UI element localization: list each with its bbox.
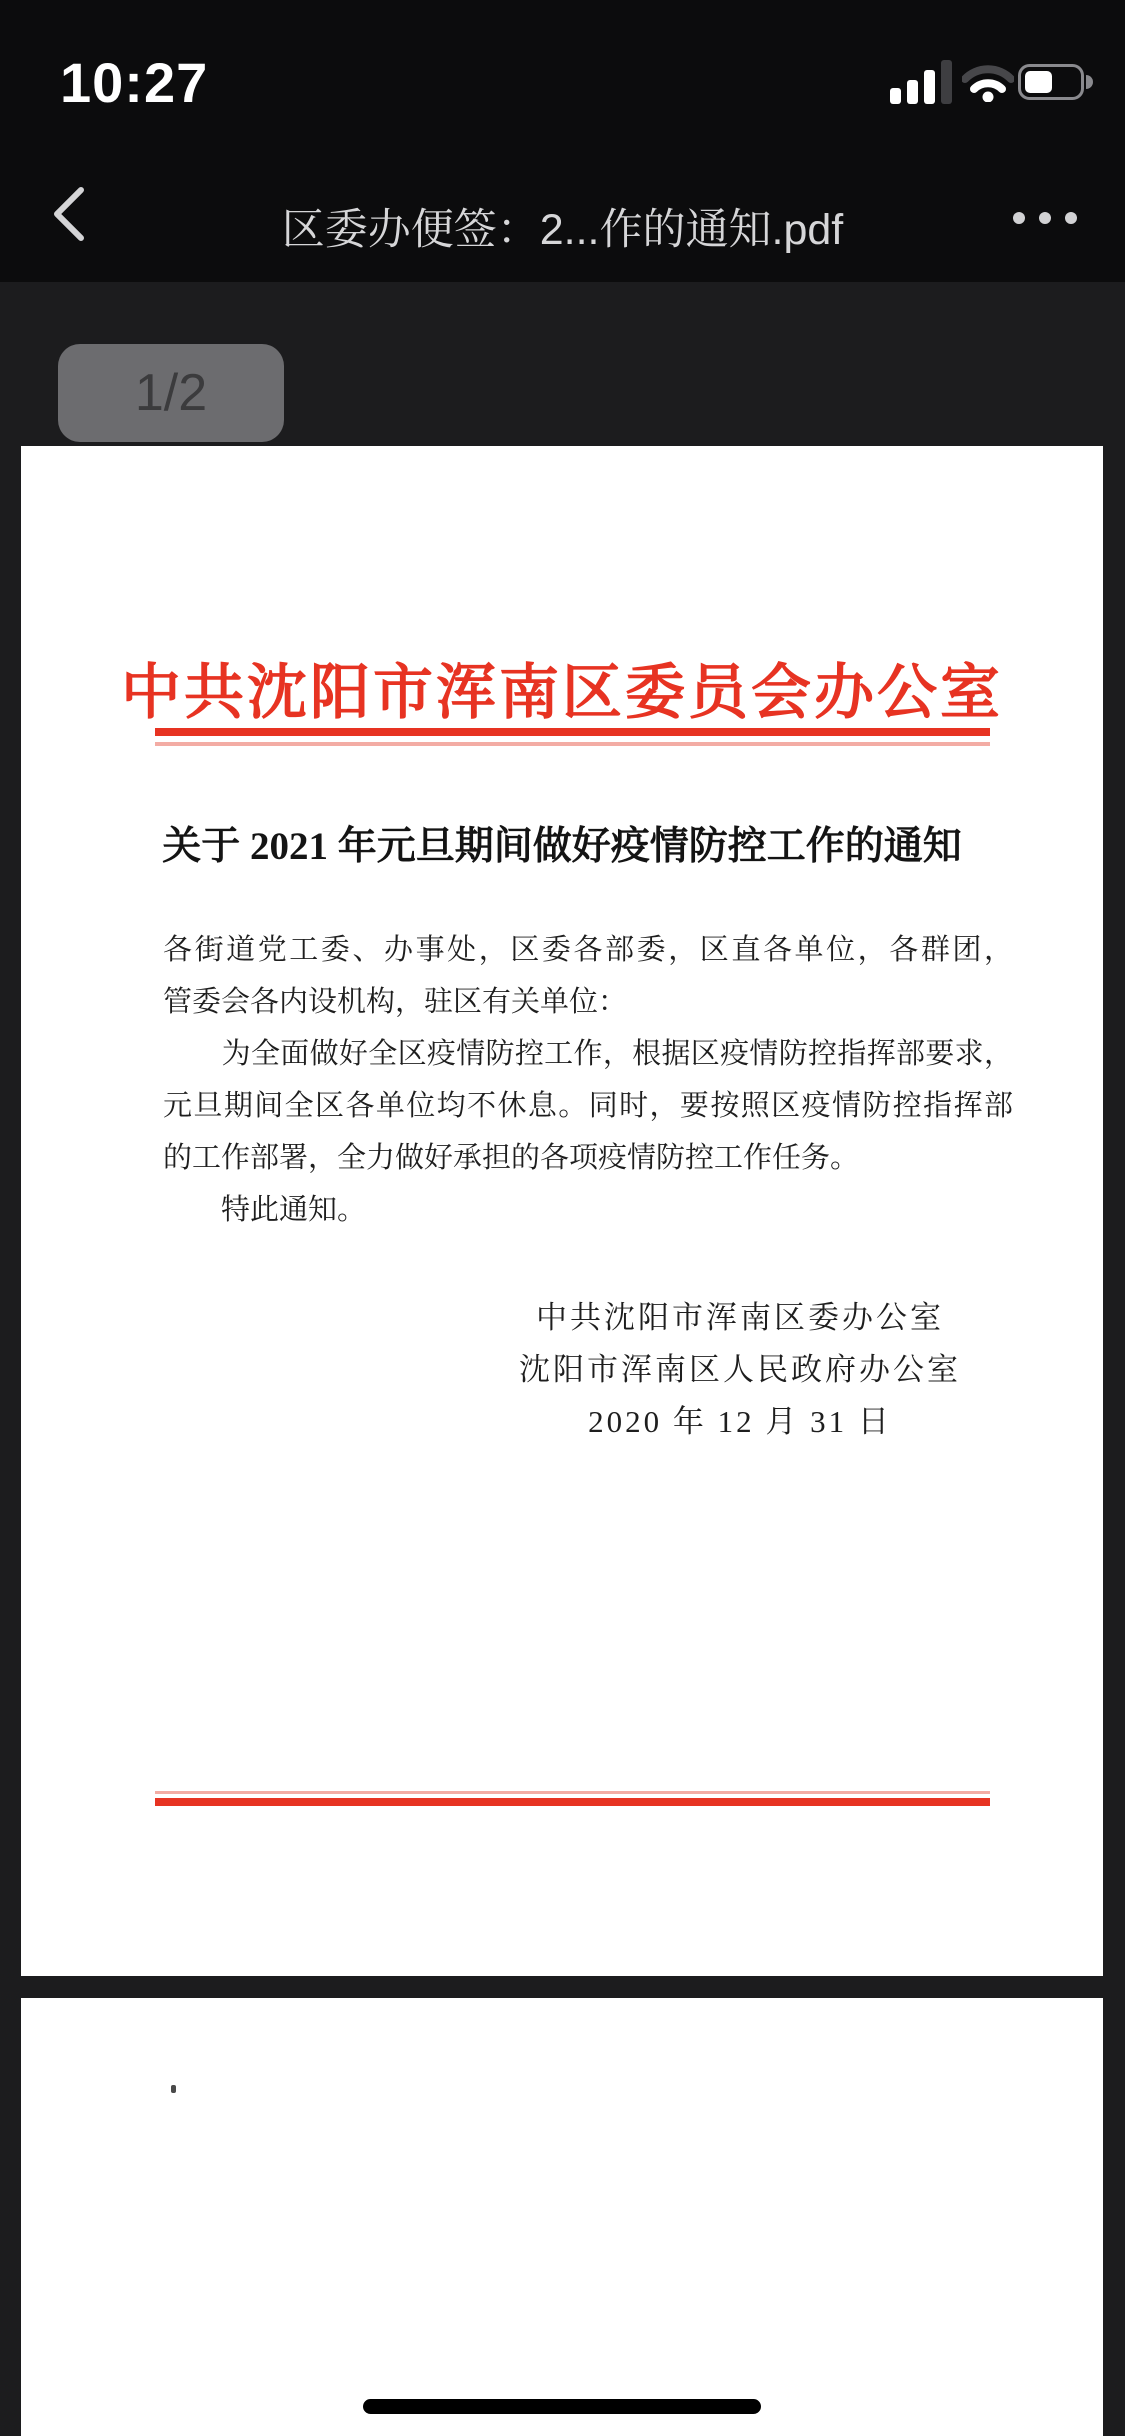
pdf-page-1[interactable]: 中共沈阳市浑南区委员会办公室 关于 2021 年元旦期间做好疫情防控工作的通知 … (21, 446, 1103, 1976)
ellipsis-icon (1007, 205, 1083, 231)
status-time: 10:27 (60, 50, 208, 115)
more-options-button[interactable] (990, 186, 1100, 250)
document-letterhead: 中共沈阳市浑南区委员会办公室 (21, 645, 1103, 731)
page-indicator-badge: 1/2 (58, 344, 284, 442)
footer-rule-thin (155, 1791, 990, 1794)
chevron-left-icon (49, 186, 89, 242)
letterhead-rule-thick (155, 728, 990, 736)
notice-title: 关于 2021 年元旦期间做好疫情防控工作的通知 (21, 815, 1103, 871)
pdf-page-2[interactable] (21, 1998, 1103, 2436)
body-line: 特此通知。 (163, 1184, 1013, 1236)
signature-org-2: 沈阳市浑南区人民政府办公室 (505, 1344, 975, 1396)
wifi-icon (962, 62, 1014, 102)
battery-icon (1018, 62, 1094, 102)
phone-screen: 10:27 区委办便签：2...作的通知.pdf (0, 0, 1125, 2436)
top-bars: 10:27 区委办便签：2...作的通知.pdf (0, 0, 1125, 282)
back-button[interactable] (34, 176, 104, 252)
body-line: 管委会各内设机构，驻区有关单位： (163, 976, 1013, 1028)
body-line: 为全面做好全区疫情防控工作，根据区疫情防控指挥部要求， (163, 1028, 1013, 1080)
signature-date: 2020 年 12 月 31 日 (505, 1396, 975, 1448)
body-line: 各街道党工委、办事处，区委各部委，区直各单位，各群团， (163, 924, 1013, 976)
document-title-bar: 区委办便签：2...作的通知.pdf (130, 196, 995, 256)
body-line: 元旦期间全区各单位均不休息。同时，要按照区疫情防控指挥部 (163, 1080, 1013, 1132)
cellular-signal-icon (890, 58, 960, 104)
signature-org-1: 中共沈阳市浑南区委办公室 (505, 1292, 975, 1344)
page2-stray-mark (171, 2085, 176, 2093)
body-line: 的工作部署，全力做好承担的各项疫情防控工作任务。 (163, 1132, 1013, 1184)
notice-body: 各街道党工委、办事处，区委各部委，区直各单位，各群团， 管委会各内设机构，驻区有… (163, 924, 1013, 1236)
footer-rule-thick (155, 1798, 990, 1806)
letterhead-rule-thin (155, 742, 990, 746)
home-indicator[interactable] (363, 2399, 761, 2414)
signature-block: 中共沈阳市浑南区委办公室 沈阳市浑南区人民政府办公室 2020 年 12 月 3… (505, 1292, 975, 1448)
